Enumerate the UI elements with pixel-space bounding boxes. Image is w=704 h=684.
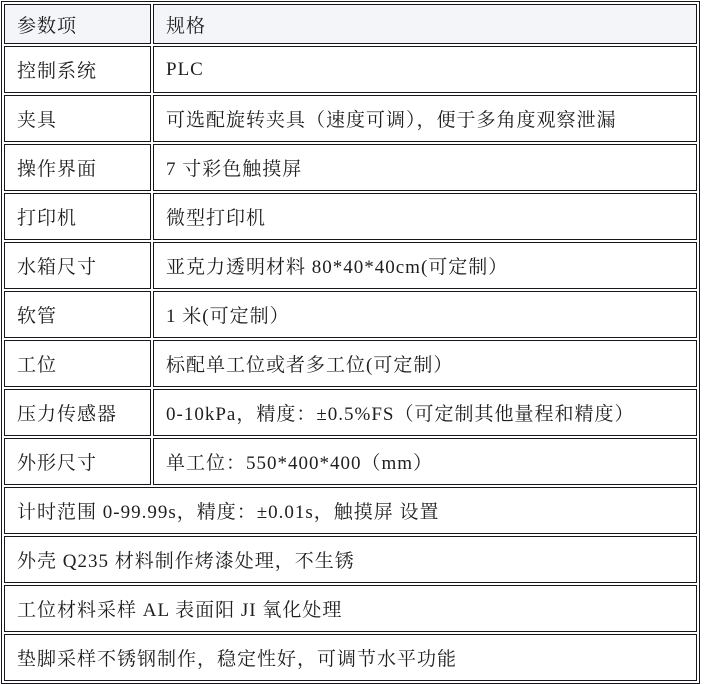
spec-cell: 可选配旋转夹具（速度可调），便于多角度观察泄漏 xyxy=(153,95,697,142)
header-row: 参数项 规格 xyxy=(4,4,697,44)
note-cell: 垫脚采样不锈钢制作，稳定性好，可调节水平功能 xyxy=(4,634,697,681)
table-row: 夹具 可选配旋转夹具（速度可调），便于多角度观察泄漏 xyxy=(4,95,697,142)
table-row: 操作界面 7 寸彩色触摸屏 xyxy=(4,144,697,191)
param-cell: 工位 xyxy=(4,340,151,387)
spec-cell: 1 米(可定制） xyxy=(153,291,697,338)
spec-cell: 标配单工位或者多工位(可定制） xyxy=(153,340,697,387)
spec-cell: PLC xyxy=(153,46,697,93)
spec-cell: 单工位：550*400*400（mm） xyxy=(153,438,697,485)
spec-cell: 0-10kPa，精度：±0.5%FS（可定制其他量程和精度） xyxy=(153,389,697,436)
table-row: 水箱尺寸 亚克力透明材料 80*40*40cm(可定制） xyxy=(4,242,697,289)
table-row-full: 工位材料采样 AL 表面阳 JI 氧化处理 xyxy=(4,585,697,632)
table-row: 工位 标配单工位或者多工位(可定制） xyxy=(4,340,697,387)
param-cell: 打印机 xyxy=(4,193,151,240)
param-cell: 外形尺寸 xyxy=(4,438,151,485)
note-cell: 工位材料采样 AL 表面阳 JI 氧化处理 xyxy=(4,585,697,632)
table-row: 压力传感器 0-10kPa，精度：±0.5%FS（可定制其他量程和精度） xyxy=(4,389,697,436)
table-row: 控制系统 PLC xyxy=(4,46,697,93)
spec-cell: 亚克力透明材料 80*40*40cm(可定制） xyxy=(153,242,697,289)
param-cell: 夹具 xyxy=(4,95,151,142)
param-cell: 水箱尺寸 xyxy=(4,242,151,289)
table-row-full: 计时范围 0-99.99s，精度：±0.01s，触摸屏 设置 xyxy=(4,487,697,534)
param-cell: 控制系统 xyxy=(4,46,151,93)
note-cell: 外壳 Q235 材料制作烤漆处理，不生锈 xyxy=(4,536,697,583)
spec-table: 参数项 规格 控制系统 PLC 夹具 可选配旋转夹具（速度可调），便于多角度观察… xyxy=(1,1,700,684)
header-cell-param: 参数项 xyxy=(4,4,151,44)
header-cell-spec: 规格 xyxy=(153,4,697,44)
note-cell: 计时范围 0-99.99s，精度：±0.01s，触摸屏 设置 xyxy=(4,487,697,534)
table-row-full: 外壳 Q235 材料制作烤漆处理，不生锈 xyxy=(4,536,697,583)
spec-cell: 7 寸彩色触摸屏 xyxy=(153,144,697,191)
table-row-full: 垫脚采样不锈钢制作，稳定性好，可调节水平功能 xyxy=(4,634,697,681)
param-cell: 软管 xyxy=(4,291,151,338)
table-row: 软管 1 米(可定制） xyxy=(4,291,697,338)
spec-cell: 微型打印机 xyxy=(153,193,697,240)
param-cell: 操作界面 xyxy=(4,144,151,191)
table-row: 打印机 微型打印机 xyxy=(4,193,697,240)
table-row: 外形尺寸 单工位：550*400*400（mm） xyxy=(4,438,697,485)
param-cell: 压力传感器 xyxy=(4,389,151,436)
